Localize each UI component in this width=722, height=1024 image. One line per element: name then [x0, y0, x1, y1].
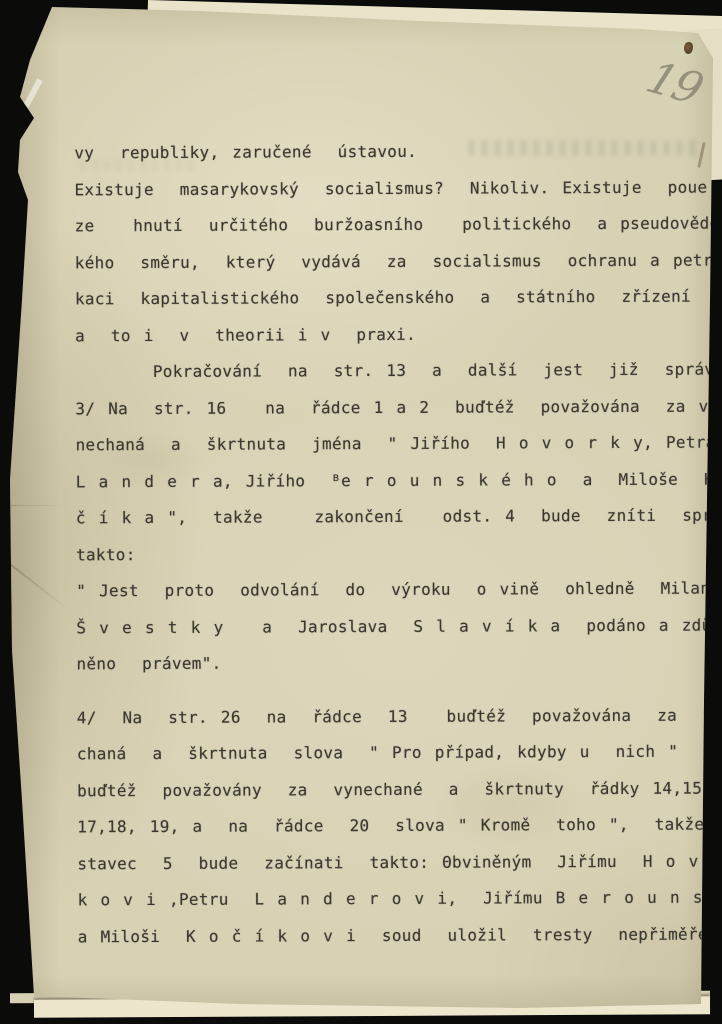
typed-line: stavec 5 bude začínati takto: Θbviněným … — [77, 843, 681, 882]
typed-line: kého směru, který vydává za socialismus … — [75, 242, 679, 281]
typed-line: Š v e s t k y a Jaroslava S l a v í k a … — [76, 607, 680, 646]
paper-crease — [5, 560, 68, 610]
typed-line: a Miloši K o č í k o v i soud uložil tre… — [78, 916, 682, 955]
staple-rust-mark — [684, 42, 693, 54]
typed-line: Pokračování na str. 13 a další jest již … — [75, 352, 679, 391]
typed-line: 3/ Na str. 16 na řádce 1 a 2 buďtéž pova… — [75, 388, 679, 427]
typed-line: něno právem". — [76, 644, 680, 683]
typed-line: L a n d e r a, Jiřího ᴮe r o u n s k é h… — [76, 461, 680, 500]
typed-line: nechaná a škrtnuta jména " Jiřího H o v … — [75, 425, 679, 464]
typed-line: takto: — [76, 534, 680, 573]
typed-line: a to i v theorii i v praxi. — [75, 315, 679, 354]
typed-line: ze hnutí určitého buržoasního politickéh… — [75, 206, 679, 245]
typed-line: " Jest proto odvolání do výroku o vině o… — [76, 571, 680, 610]
typed-line: 17,18, 19, a na řádce 20 slova " Kromě t… — [77, 807, 681, 846]
document-page: 19 vy republiky, zaručené ústavou.Existu… — [0, 0, 722, 1024]
typewritten-text-block: vy republiky, zaručené ústavou.Existuje … — [74, 133, 682, 956]
paper-crease — [6, 505, 66, 506]
typed-line: k o v i ,Petru L a n d e r o v i, Jiřímu… — [77, 880, 681, 919]
edge-tear-mark — [697, 142, 705, 168]
typed-line: chaná a škrtnuta slova " Pro případ, kdy… — [77, 734, 681, 773]
torn-corner-highlight — [23, 78, 42, 107]
typed-line: Existuje masarykovský socialismus? Nikol… — [74, 169, 678, 208]
typed-line: č í k a ", takže zakončení odst. 4 bude … — [76, 498, 680, 537]
typed-line: kaci kapitalistického společenského a st… — [75, 279, 679, 318]
handwritten-page-number: 19 — [639, 53, 708, 115]
typed-line: vy republiky, zaručené ústavou. — [74, 133, 678, 172]
typed-line: 4/ Na str. 26 na řádce 13 buďtéž považov… — [77, 697, 681, 736]
typed-line: buďtéž považovány za vynechané a škrtnut… — [77, 770, 681, 809]
